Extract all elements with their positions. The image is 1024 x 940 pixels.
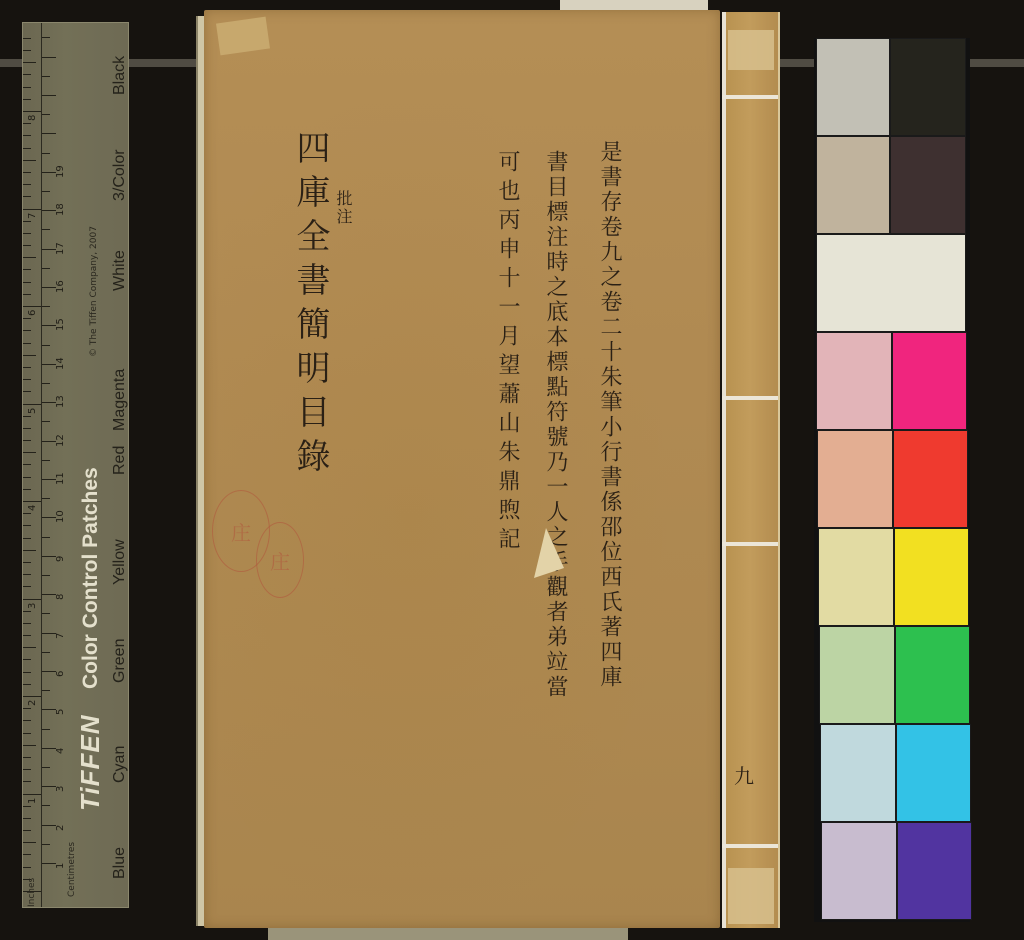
- cm-tick: [42, 517, 56, 518]
- patch-light-pink: [816, 332, 892, 430]
- cm-number: 19: [55, 165, 66, 178]
- inch-tick: [23, 842, 36, 843]
- color-name-black: Black: [111, 56, 129, 95]
- cm-tick: [42, 767, 50, 768]
- cm-tick: [42, 229, 50, 230]
- inch-tick: [23, 294, 31, 295]
- patch-white: [816, 234, 966, 332]
- inch-tick: [23, 416, 31, 417]
- cm-tick: [42, 172, 56, 173]
- color-name-yellow: Yellow: [111, 539, 129, 585]
- inch-tick: [23, 172, 31, 173]
- cm-tick: [42, 671, 56, 672]
- inch-tick: [23, 574, 31, 575]
- inch-tick: [23, 196, 31, 197]
- tiffen-ruler: Inches Centimetres TiFFEN Color Control …: [22, 22, 129, 908]
- patch-neutral-gray: [816, 38, 890, 136]
- inch-tick: [23, 550, 36, 551]
- color-name-3color: 3/Color: [111, 149, 129, 201]
- cm-tick: [42, 556, 56, 557]
- cm-number: 5: [55, 709, 66, 715]
- patch-light-salmon: [817, 430, 893, 528]
- inch-tick: [23, 269, 31, 270]
- cm-tick: [42, 191, 50, 192]
- cm-number: 9: [55, 555, 66, 561]
- inch-tick: [23, 696, 41, 697]
- cm-tick: [42, 133, 56, 134]
- book-spine: [722, 12, 780, 928]
- colophon-column-2: 書目標注時之底本標點符號乃一人之手觀者弟竝當: [540, 150, 571, 870]
- inch-tick: [23, 489, 31, 490]
- patch-light-cyan: [820, 724, 896, 822]
- inch-tick: [23, 562, 31, 563]
- inch-tick: [23, 794, 41, 795]
- inch-tick: [23, 99, 31, 100]
- color-name-white: White: [111, 250, 129, 291]
- inch-tick: [23, 501, 41, 502]
- inch-tick: [23, 123, 31, 124]
- color-control-chart: [814, 38, 970, 922]
- cm-tick: [42, 57, 56, 58]
- patch-light-yellow: [818, 528, 894, 626]
- cm-tick: [42, 268, 50, 269]
- patch-violet: [897, 822, 972, 920]
- inch-tick: [23, 367, 31, 368]
- inch-number: 5: [27, 407, 38, 413]
- inch-tick: [23, 464, 31, 465]
- cm-tick: [42, 613, 50, 614]
- inch-number: 6: [27, 310, 38, 316]
- inch-tick: [23, 318, 31, 319]
- cm-tick: [42, 594, 56, 595]
- inch-tick: [23, 879, 31, 880]
- inch-tick: [23, 184, 31, 185]
- patch-dark-brown: [890, 136, 966, 234]
- inch-tick: [23, 160, 36, 161]
- inch-tick: [23, 233, 31, 234]
- cm-tick: [42, 325, 56, 326]
- inch-tick: [23, 343, 31, 344]
- cm-number: 10: [55, 511, 66, 524]
- inch-tick: [23, 111, 41, 112]
- inch-number: 2: [27, 700, 38, 706]
- patch-light-lavender: [821, 822, 897, 920]
- inch-tick: [23, 830, 31, 831]
- patch-green: [895, 626, 970, 724]
- cm-tick: [42, 652, 50, 653]
- cm-tick: [42, 421, 50, 422]
- inch-tick: [23, 440, 31, 441]
- inch-tick: [23, 818, 31, 819]
- binding-stitch: [722, 396, 778, 400]
- tiffen-logo: TiFFEN: [75, 714, 106, 811]
- cm-tick: [42, 825, 56, 826]
- binding-stitch: [722, 95, 778, 99]
- inch-tick: [23, 891, 41, 892]
- inch-tick: [23, 599, 41, 600]
- cm-number: 15: [55, 319, 66, 332]
- cm-tick: [42, 249, 56, 250]
- inch-tick: [23, 74, 31, 75]
- cm-tick: [42, 633, 56, 634]
- inch-tick: [23, 635, 31, 636]
- inch-tick: [23, 38, 31, 39]
- patch-tan: [816, 136, 890, 234]
- color-name-green: Green: [111, 639, 129, 683]
- cm-tick: [42, 287, 56, 288]
- cm-tick: [42, 805, 50, 806]
- inch-tick: [23, 684, 31, 685]
- spine-damage: [728, 30, 774, 70]
- cm-number: 14: [55, 357, 66, 370]
- cm-number: 16: [55, 280, 66, 293]
- cm-number: 6: [55, 671, 66, 677]
- cm-number: 4: [55, 747, 66, 753]
- patch-yellow: [894, 528, 969, 626]
- cm-number: 1: [55, 863, 66, 869]
- inch-tick: [23, 659, 31, 660]
- cm-tick: [42, 345, 50, 346]
- inch-tick: [23, 257, 36, 258]
- cm-tick: [42, 153, 50, 154]
- inch-tick: [23, 538, 31, 539]
- inch-tick: [23, 135, 31, 136]
- cm-tick: [42, 479, 56, 480]
- inch-tick: [23, 513, 31, 514]
- binding-stitch: [722, 844, 778, 848]
- cm-tick: [42, 402, 56, 403]
- inch-tick: [23, 355, 36, 356]
- inch-tick: [23, 854, 31, 855]
- inch-tick: [23, 62, 36, 63]
- inch-tick: [23, 623, 31, 624]
- patch-magenta: [892, 332, 967, 430]
- inch-tick: [23, 452, 36, 453]
- cm-tick: [42, 114, 50, 115]
- cm-tick: [42, 441, 56, 442]
- inch-tick: [23, 87, 31, 88]
- inch-tick: [23, 50, 31, 51]
- copyright-text: © The Tiffen Company, 2007: [89, 226, 99, 357]
- cm-tick: [42, 364, 56, 365]
- patch-cyan: [896, 724, 971, 822]
- cm-number: 3: [55, 786, 66, 792]
- cm-number: 2: [55, 824, 66, 830]
- inch-tick: [23, 209, 41, 210]
- cm-tick: [42, 37, 50, 38]
- inch-tick: [23, 672, 31, 673]
- patch-light-green: [819, 626, 895, 724]
- patch-black: [890, 38, 966, 136]
- binding-thread-vertical: [722, 12, 726, 928]
- inch-tick: [23, 586, 31, 587]
- inch-tick: [23, 733, 31, 734]
- cm-tick: [42, 748, 56, 749]
- cm-number: 18: [55, 203, 66, 216]
- cm-tick: [42, 460, 50, 461]
- cm-number: 8: [55, 594, 66, 600]
- book-title: 四庫全書簡明目錄: [286, 130, 335, 482]
- inch-number: 7: [27, 212, 38, 218]
- inch-tick: [23, 525, 31, 526]
- inch-tick: [23, 806, 31, 807]
- cm-tick: [42, 306, 50, 307]
- cm-tick: [42, 383, 50, 384]
- cm-number: 11: [55, 472, 66, 485]
- book-cover: [204, 10, 720, 928]
- cm-tick: [42, 498, 50, 499]
- inch-tick: [23, 404, 41, 405]
- cm-tick: [42, 786, 56, 787]
- inch-tick: [23, 428, 31, 429]
- cm-tick: [42, 537, 50, 538]
- inch-tick: [23, 306, 41, 307]
- inch-number: 4: [27, 505, 38, 511]
- inch-tick: [23, 647, 36, 648]
- inch-tick: [23, 708, 31, 709]
- title-annotation: 批注: [332, 190, 355, 226]
- inch-tick: [23, 330, 31, 331]
- inch-tick: [23, 282, 31, 283]
- cm-tick: [42, 210, 56, 211]
- inch-tick: [23, 611, 31, 612]
- inch-tick: [23, 391, 31, 392]
- binding-stitch: [722, 542, 778, 546]
- inch-number: 3: [27, 602, 38, 608]
- inch-tick: [23, 148, 31, 149]
- cm-tick: [42, 844, 50, 845]
- inch-tick: [23, 867, 31, 868]
- cm-number: 17: [55, 242, 66, 255]
- cm-number: 7: [55, 632, 66, 638]
- patch-red: [893, 430, 968, 528]
- colophon-column-3: 可也丙申十一月望蕭山朱鼎煦記: [492, 150, 523, 570]
- inches-label: Inches: [27, 878, 37, 907]
- inch-tick: [23, 477, 31, 478]
- inch-tick: [23, 720, 31, 721]
- red-seal-mark: 庄: [256, 522, 304, 598]
- cm-tick: [42, 76, 50, 77]
- volume-number: 九: [734, 760, 754, 789]
- cm-tick: [42, 690, 50, 691]
- cm-number: 13: [55, 395, 66, 408]
- inch-tick: [23, 379, 31, 380]
- cm-tick: [42, 729, 50, 730]
- color-name-blue: Blue: [111, 847, 129, 879]
- inch-tick: [23, 245, 31, 246]
- cm-tick: [42, 95, 56, 96]
- cm-scale: [41, 23, 42, 907]
- ruler-title: Color Control Patches: [79, 467, 103, 689]
- cm-tick: [42, 863, 56, 864]
- inch-tick: [23, 757, 31, 758]
- cm-tick: [42, 575, 50, 576]
- cm-number: 12: [55, 434, 66, 447]
- inch-number: 8: [27, 115, 38, 121]
- inch-tick: [23, 221, 31, 222]
- spine-damage: [728, 868, 774, 924]
- color-name-red: Red: [111, 446, 129, 475]
- color-name-magenta: Magenta: [111, 369, 129, 431]
- inch-tick: [23, 769, 31, 770]
- inch-tick: [23, 745, 36, 746]
- colophon-column-1: 是書存卷九之卷二十朱筆小行書係邵位西氏著四庫: [594, 140, 625, 860]
- inch-tick: [23, 781, 31, 782]
- cm-label: Centimetres: [67, 842, 77, 897]
- color-name-cyan: Cyan: [111, 746, 129, 783]
- inch-number: 1: [27, 797, 38, 803]
- cm-tick: [42, 709, 56, 710]
